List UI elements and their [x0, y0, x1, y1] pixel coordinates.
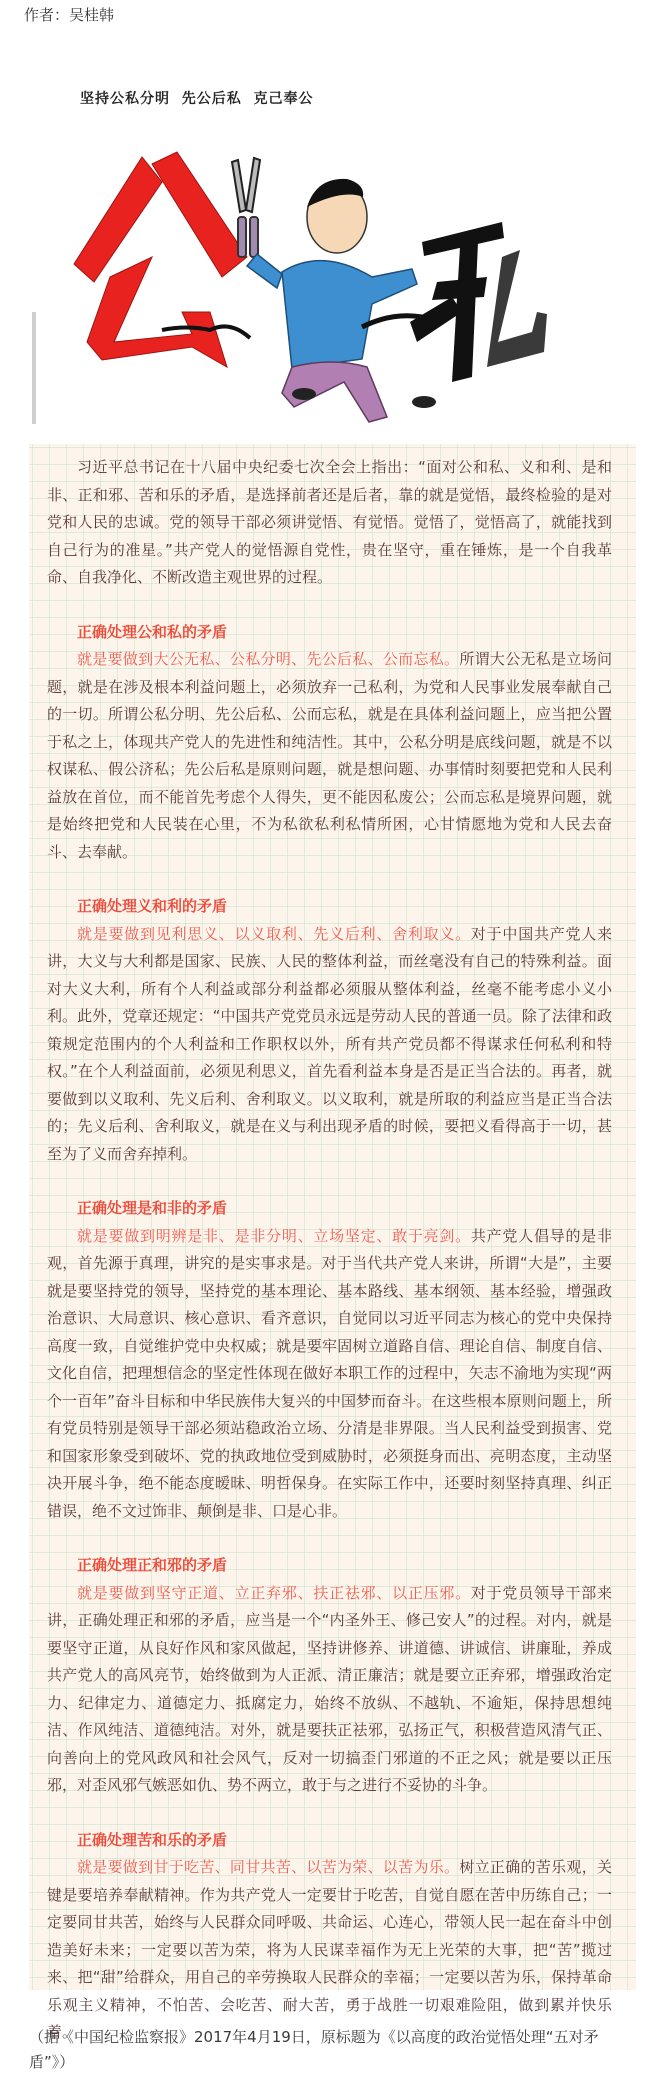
section-heading-shi-fei: 正确处理是和非的矛盾 [47, 1195, 612, 1223]
section-lead: 就是要做到见利思义、以义取利、先义后利、舍利取义。 [77, 925, 471, 943]
section-paragraph-shi-fei: 就是要做到明辨是非、是非分明、立场坚定、敢于亮剑。共产党人倡导的是非观，首先源于… [47, 1223, 612, 1526]
section-body: 所谓大公无私是立场问题，就是在涉及根本利益问题上，必须放弃一己私利，为党和人民事… [47, 650, 612, 861]
illustration-slogan: 坚持公私分明 先公后私 克己奉公 [80, 88, 314, 108]
section-lead: 就是要做到坚守正道、立正弃邪、扶正祛邪、以正压邪。 [77, 1584, 471, 1602]
section-body: 对于中国共产党人来讲，大义与大利都是国家、民族、人民的整体利益，而丝毫没有自己的… [47, 925, 612, 1163]
section-heading-gong-si: 正确处理公和私的矛盾 [47, 619, 612, 647]
section-paragraph-zheng-xie: 就是要做到坚守正道、立正弃邪、扶正祛邪、以正压邪。对于党员领导干部来讲，正确处理… [47, 1580, 612, 1800]
section-heading-yi-li: 正确处理义和利的矛盾 [47, 893, 612, 921]
section-lead: 就是要做到甘于吃苦、同甘共苦、以苦为荣、以苦为乐。 [77, 1858, 459, 1876]
section-body: 树立正确的苦乐观，关键是要培养奉献精神。作为共产党人一定要甘于吃苦，自觉自愿在苦… [47, 1858, 612, 2041]
source-citation: （据《中国纪检监察报》2017年4月19日，原标题为《以高度的政治觉悟处理“五对… [29, 2025, 629, 2075]
section-paragraph-gong-si: 就是要做到大公无私、公私分明、先公后私、公而忘私。所谓大公无私是立场问题，就是在… [47, 646, 612, 866]
section-heading-zheng-xie: 正确处理正和邪的矛盾 [47, 1552, 612, 1580]
section-lead: 就是要做到大公无私、公私分明、先公后私、公而忘私。 [77, 650, 459, 668]
intro-paragraph: 习近平总书记在十八届中央纪委七次全会上指出：“面对公和私、义和利、是和非、正和邪… [47, 454, 612, 592]
section-body: 共产党人倡导的是非观，首先源于真理，讲究的是实事求是。对于当代共产党人来讲，所谓… [47, 1227, 612, 1520]
section-paragraph-ku-le: 就是要做到甘于吃苦、同甘共苦、以苦为荣、以苦为乐。树立正确的苦乐观，关键是要培养… [47, 1854, 612, 2047]
section-body: 对于党员领导干部来讲，正确处理正和邪的矛盾，应当是一个“内圣外王、修己安人”的过… [47, 1584, 612, 1795]
article-body: 习近平总书记在十八届中央纪委七次全会上指出：“面对公和私、义和利、是和非、正和邪… [47, 454, 612, 2047]
cartoon-illustration: 坚持公私分明 先公后私 克己奉公 [32, 42, 573, 424]
section-paragraph-yi-li: 就是要做到见利思义、以义取利、先义后利、舍利取义。对于中国共产党人来讲，大义与大… [47, 921, 612, 1169]
section-lead: 就是要做到明辨是非、是非分明、立场坚定、敢于亮剑。 [77, 1227, 471, 1245]
section-heading-ku-le: 正确处理苦和乐的矛盾 [47, 1827, 612, 1855]
author-line: 作者：吴桂韩 [24, 4, 114, 26]
